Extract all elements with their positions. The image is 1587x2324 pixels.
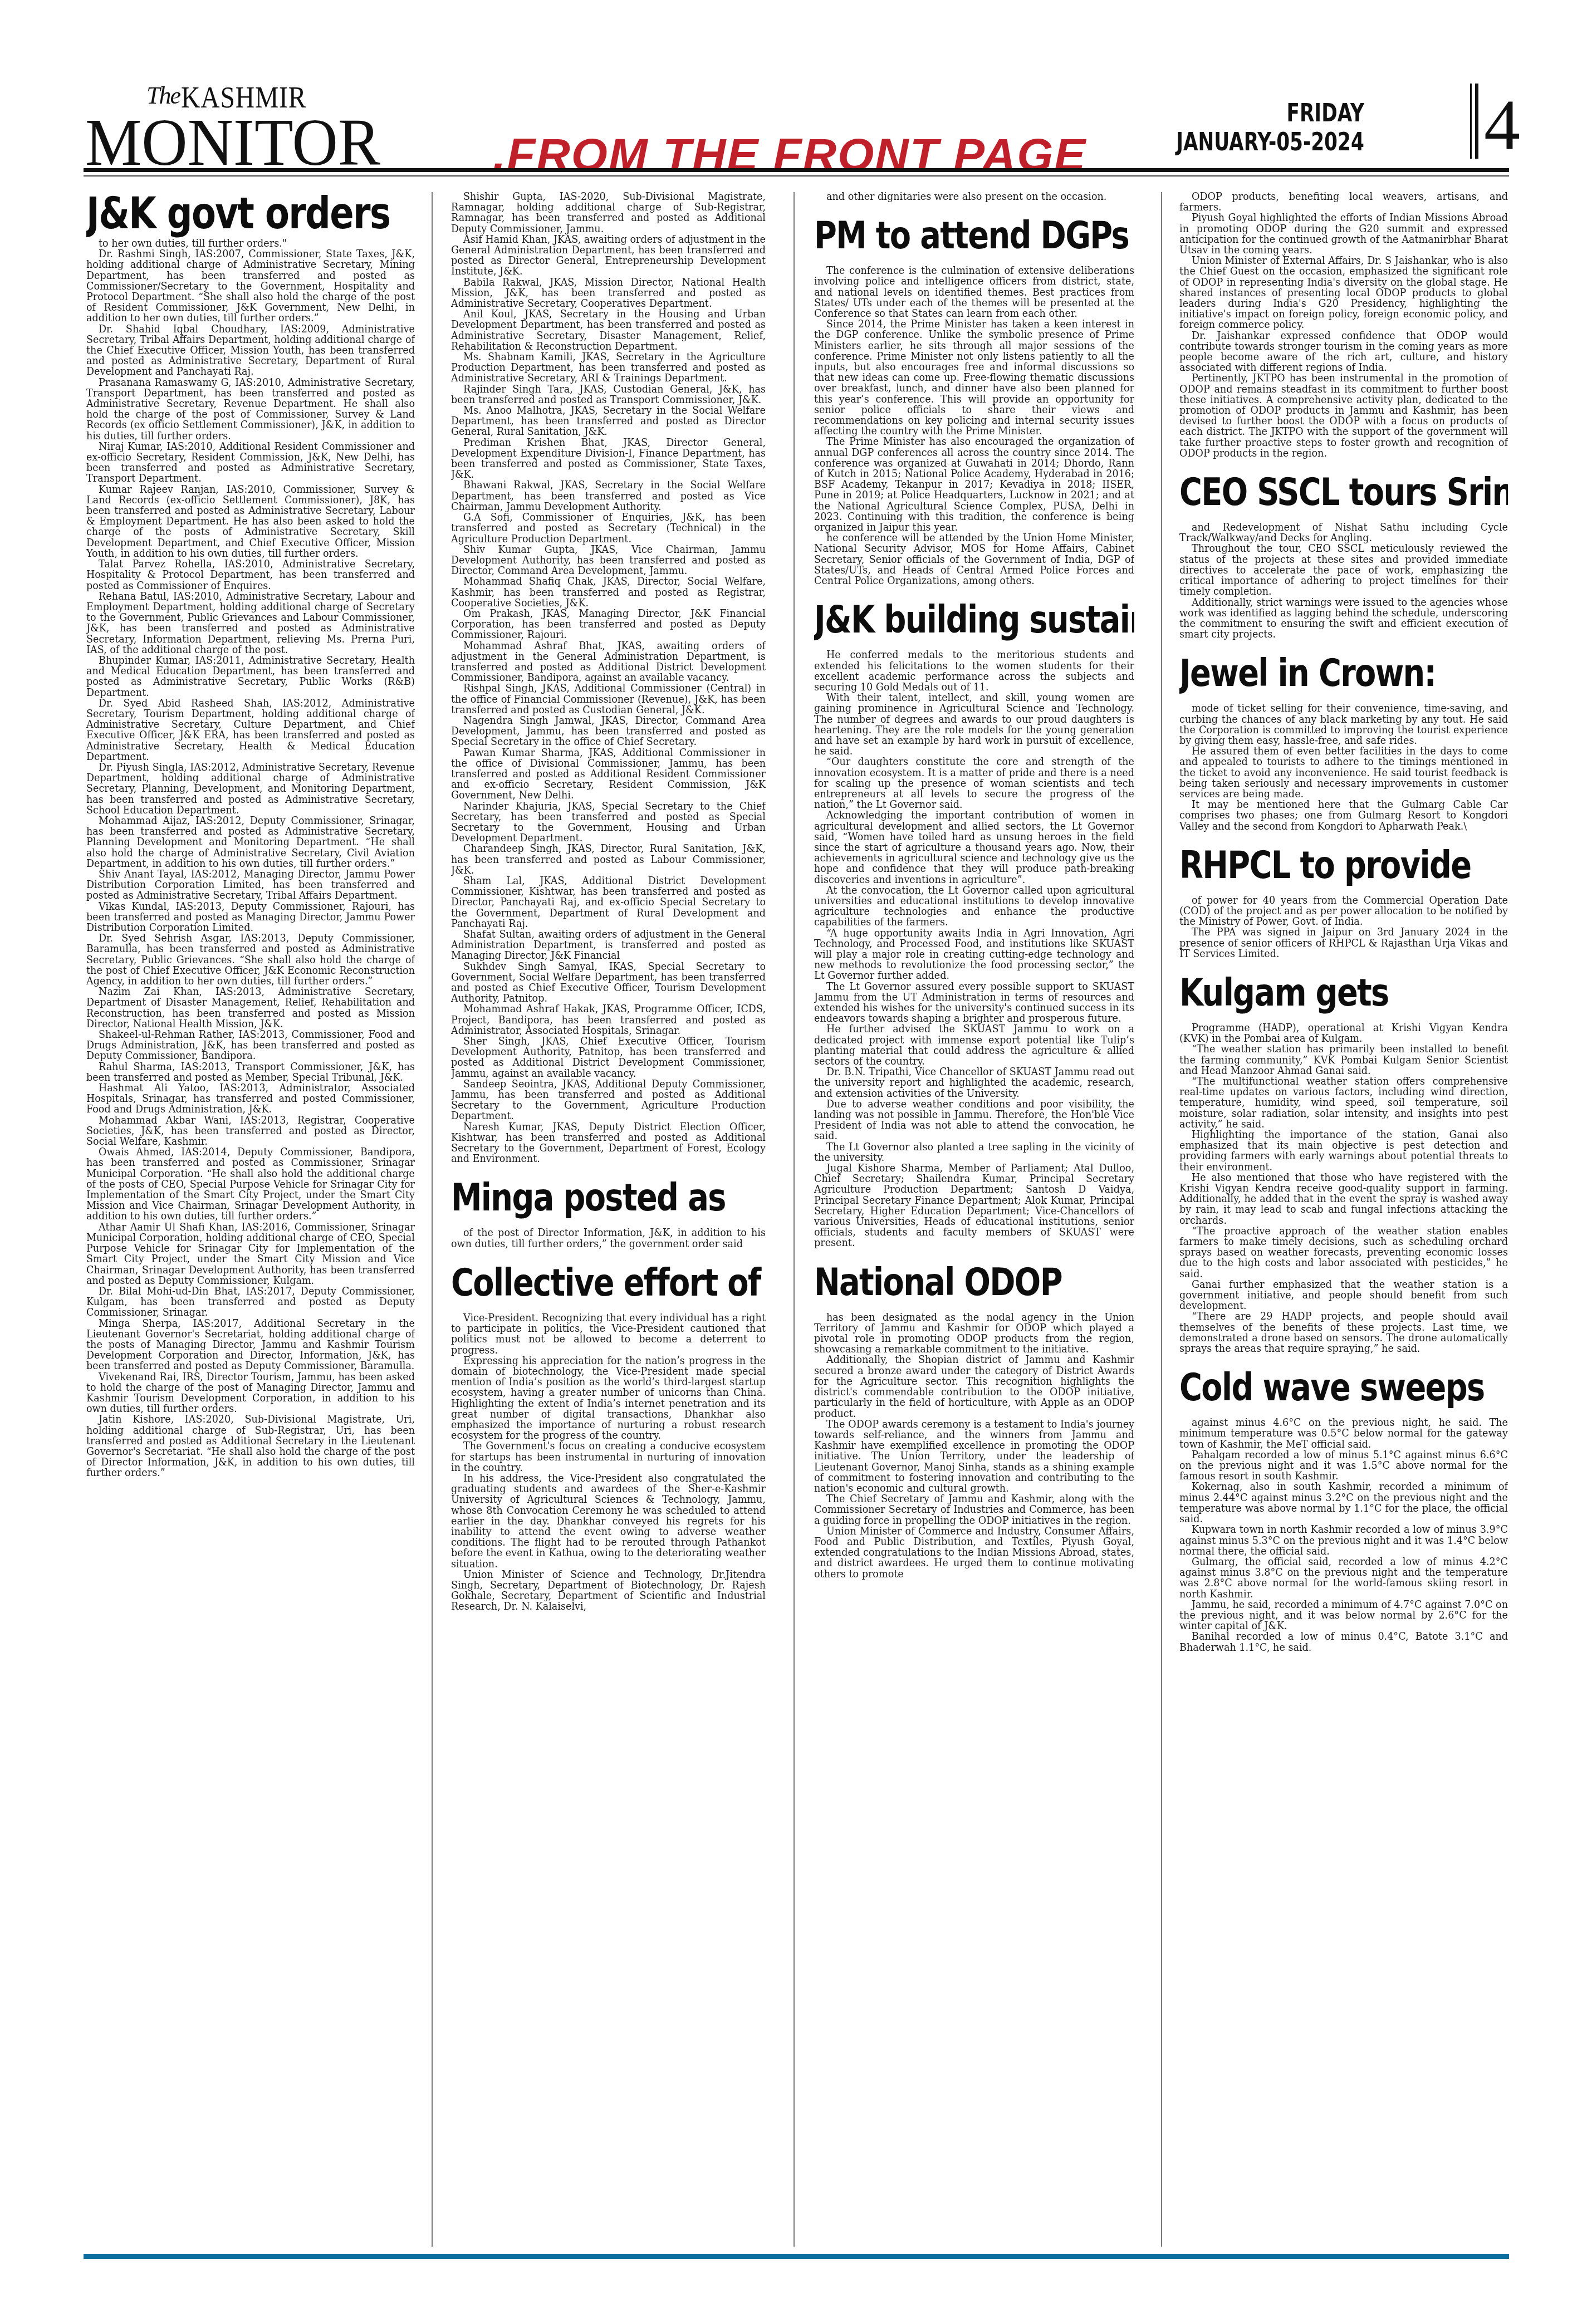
article-headline: J&K govt orders xyxy=(86,192,356,236)
article-paragraph: At the convocation, the Lt Governor call… xyxy=(814,886,1134,929)
article-headline: J&K building sustainable xyxy=(814,601,1077,639)
article-paragraph: Prediman Krishen Bhat, JKAS, Director Ge… xyxy=(451,438,766,481)
column-1: J&K govt ordersto her own duties, till f… xyxy=(86,192,415,2249)
article-paragraph: Vice-President. Recognizing that every i… xyxy=(451,1313,766,1356)
article-paragraph: against minus 4.6°C on the previous nigh… xyxy=(1179,1418,1508,1450)
article-paragraph: Ganai further emphasized that the weathe… xyxy=(1179,1280,1508,1312)
article-paragraph: Banihal recorded a low of minus 0.4°C, B… xyxy=(1179,1632,1508,1653)
article-paragraph: The PPA was signed in Jaipur on 3rd Janu… xyxy=(1179,928,1508,960)
article-paragraph: He conferred medals to the meritorious s… xyxy=(814,650,1134,693)
article-paragraph: Niraj Kumar, IAS:2010, Additional Reside… xyxy=(86,442,415,485)
column-3: and other dignitaries were also present … xyxy=(814,192,1134,2249)
article-paragraph: to her own duties, till further orders." xyxy=(86,239,415,249)
article-paragraph: Union Minister of Commerce and Industry,… xyxy=(814,1527,1134,1580)
article-headline: Jewel in Crown: xyxy=(1179,655,1449,693)
article-paragraph: Kokernag, also in south Kashmir, recorde… xyxy=(1179,1482,1508,1525)
article-paragraph: “Our daughters constitute the core and s… xyxy=(814,757,1134,811)
column-divider xyxy=(793,192,795,2247)
article-paragraph: Rehana Batul, IAS:2010, Administrative S… xyxy=(86,592,415,656)
article-paragraph: Talat Parvez Rohella, IAS:2010, Administ… xyxy=(86,560,415,592)
article-paragraph: Sham Lal, JKAS, Additional District Deve… xyxy=(451,876,766,930)
article-headline: Cold wave sweeps xyxy=(1179,1369,1449,1407)
article-headline: CEO SSCL tours Srinagar; xyxy=(1179,474,1449,512)
article-paragraph: Jatin Kishore, IAS:2020, Sub-Divisional … xyxy=(86,1415,415,1479)
article-paragraph: Vikas Kundal, IAS:2013, Deputy Commissio… xyxy=(86,902,415,934)
article-paragraph: Rahul Sharma, IAS:2013, Transport Commis… xyxy=(86,1062,415,1083)
article-paragraph: Bhawani Rakwal, JKAS, Secretary in the S… xyxy=(451,481,766,513)
article-paragraph: Dr. Shahid Iqbal Choudhary, IAS:2009, Ad… xyxy=(86,325,415,378)
article-paragraph: Anil Koul, JKAS, Secretary in the Housin… xyxy=(451,310,766,352)
article-paragraph: The Prime Minister has also encouraged t… xyxy=(814,437,1134,533)
article-paragraph: Shiv Anant Tayal, IAS:2012, Managing Dir… xyxy=(86,870,415,902)
article-paragraph: Sandeep Seointra, JKAS, Additional Deput… xyxy=(451,1080,766,1122)
article-paragraph: Mohammad Ashraf Hakak, JKAS, Programme O… xyxy=(451,1004,766,1037)
article-headline: Collective effort of xyxy=(451,1264,709,1302)
article-paragraph: Babila Rakwal, JKAS, Mission Director, N… xyxy=(451,278,766,310)
article-paragraph: Piyush Goyal highlighted the efforts of … xyxy=(1179,213,1508,256)
article-paragraph: Dr. Jaishankar expressed confidence that… xyxy=(1179,331,1508,374)
article-paragraph: and other dignitaries were also present … xyxy=(814,192,1134,203)
article-paragraph: Pertinently, JKTPO has been instrumental… xyxy=(1179,374,1508,459)
article-paragraph: mode of ticket selling for their conveni… xyxy=(1179,704,1508,747)
article-paragraph: Naresh Kumar, JKAS, Deputy District Elec… xyxy=(451,1122,766,1165)
article-paragraph: The Lt Governor assured every possible s… xyxy=(814,982,1134,1025)
article-paragraph: Additionally, strict warnings were issue… xyxy=(1179,598,1508,641)
article-paragraph: he conference will be attended by the Un… xyxy=(814,533,1134,587)
page-number: 4 xyxy=(1484,89,1520,161)
article-paragraph: He assured them of even better facilitie… xyxy=(1179,747,1508,800)
article-paragraph: Athar Aamir Ul Shafi Khan, IAS:2016, Com… xyxy=(86,1223,415,1287)
article-paragraph: G.A Sofi, Commissioner of Enquiries, J&K… xyxy=(451,513,766,545)
article-paragraph: Shishir Gupta, IAS-2020, Sub-Divisional … xyxy=(451,192,766,235)
article-headline: Minga posted as xyxy=(451,1179,709,1217)
article-paragraph: Gulmarg, the official said, recorded a l… xyxy=(1179,1557,1508,1600)
article-paragraph: Additionally, the Shopian district of Ja… xyxy=(814,1355,1134,1419)
article-paragraph: “The proactive approach of the weather s… xyxy=(1179,1227,1508,1280)
article-headline: RHPCL to provide xyxy=(1179,847,1449,885)
article-paragraph: Union Minister of External Affairs, Dr. … xyxy=(1179,256,1508,331)
article-paragraph: It may be mentioned here that the Gulmar… xyxy=(1179,800,1508,832)
article-paragraph: Narinder Khajuria, JKAS, Special Secreta… xyxy=(451,802,766,845)
article-paragraph: Pawan Kumar Sharma, JKAS, Additional Com… xyxy=(451,748,766,802)
article-paragraph: Acknowledging the important contribution… xyxy=(814,811,1134,885)
article-paragraph: Nagendra Singh Jamwal, JKAS, Director, C… xyxy=(451,716,766,748)
article-paragraph: ODOP products, benefiting local weavers,… xyxy=(1179,192,1508,213)
column-4: ODOP products, benefiting local weavers,… xyxy=(1179,192,1508,2249)
column-divider xyxy=(432,192,433,2247)
article-headline: National ODOP xyxy=(814,1264,1077,1302)
page-number-divider-thick xyxy=(1475,84,1478,159)
logo-the: The xyxy=(146,84,180,108)
article-paragraph: The Government's focus on creating a con… xyxy=(451,1442,766,1474)
article-paragraph: Due to adverse weather conditions and po… xyxy=(814,1100,1134,1143)
article-paragraph: Dr. Bilal Mohi-ud-Din Bhat, IAS:2017, De… xyxy=(86,1287,415,1319)
page-number-divider xyxy=(1470,84,1472,159)
article-paragraph: “A huge opportunity awaits India in Agri… xyxy=(814,929,1134,982)
article-paragraph: Mohammad Aijaz, IAS:2012, Deputy Commiss… xyxy=(86,816,415,870)
logo-monitor: MONITOR xyxy=(85,109,380,176)
article-paragraph: In his address, the Vice-President also … xyxy=(451,1474,766,1570)
article-paragraph: Since 2014, the Prime Minister has taken… xyxy=(814,320,1134,437)
article-paragraph: Kupwara town in north Kashmir recorded a… xyxy=(1179,1525,1508,1557)
article-paragraph: Om Prakash, JKAS, Managing Director, J&K… xyxy=(451,609,766,641)
article-paragraph: The Chief Secretary of Jammu and Kashmir… xyxy=(814,1494,1134,1527)
date-day: FRIDAY xyxy=(1176,99,1364,128)
article-paragraph: Mohammad Akbar Wani, IAS:2013, Registrar… xyxy=(86,1116,415,1148)
column-2: Shishir Gupta, IAS-2020, Sub-Divisional … xyxy=(451,192,766,2249)
article-paragraph: Highlighting the importance of the stati… xyxy=(1179,1130,1508,1173)
article-paragraph: Shakeel-ul-Rehman Rather, IAS:2013, Comm… xyxy=(86,1030,415,1062)
article-paragraph: Pahalgam recorded a low of minus 5.1°C a… xyxy=(1179,1450,1508,1483)
article-paragraph: Charandeep Singh, JKAS, Director, Rural … xyxy=(451,844,766,876)
article-paragraph: Dr. Rashmi Singh, IAS:2007, Commissioner… xyxy=(86,249,415,324)
article-paragraph: The Lt Governor also planted a tree sapl… xyxy=(814,1143,1134,1164)
article-paragraph: Union Minister of Science and Technology… xyxy=(451,1570,766,1613)
article-headline: Kulgam gets xyxy=(1179,974,1449,1012)
article-paragraph: Jammu, he said, recorded a minimum of 4.… xyxy=(1179,1600,1508,1632)
article-paragraph: Dr. B.N. Tripathi, Vice Chancellor of SK… xyxy=(814,1067,1134,1100)
article-paragraph: Sukhdev Singh Samyal, IKAS, Special Secr… xyxy=(451,962,766,1005)
article-paragraph: Hashmat Ali Yatoo, IAS:2013, Administrat… xyxy=(86,1083,415,1116)
column-divider xyxy=(1161,192,1162,2247)
date-full: JANUARY-05-2024 xyxy=(1176,128,1364,157)
article-paragraph: “The weather station has primarily been … xyxy=(1179,1045,1508,1077)
article-paragraph: Dr. Syed Sehrish Asgar, IAS:2013, Deputy… xyxy=(86,934,415,987)
article-paragraph: Kumar Rajeev Ranjan, IAS:2010, Commissio… xyxy=(86,485,415,560)
article-paragraph: He also mentioned that those who have re… xyxy=(1179,1173,1508,1227)
article-paragraph: of power for 40 years from the Commercia… xyxy=(1179,896,1508,928)
footer-bar xyxy=(84,2254,1509,2259)
article-paragraph: has been designated as the nodal agency … xyxy=(814,1313,1134,1356)
article-paragraph: Expressing his appreciation for the nati… xyxy=(451,1356,766,1442)
article-paragraph: Jugal Kishore Sharma, Member of Parliame… xyxy=(814,1164,1134,1249)
article-paragraph: Ms. Shabnam Kamili, JKAS, Secretary in t… xyxy=(451,352,766,385)
article-paragraph: Dr. Piyush Singla, IAS:2012, Administrat… xyxy=(86,763,415,816)
article-paragraph: Rajinder Singh Tara, JKAS, Custodian Gen… xyxy=(451,385,766,406)
article-paragraph: of the post of Director Information, J&K… xyxy=(451,1228,766,1249)
article-paragraph: Prasanana Ramaswamy G, IAS:2010, Adminis… xyxy=(86,378,415,442)
article-paragraph: Vivekenand Rai, IRS, Director Tourism, J… xyxy=(86,1372,415,1415)
article-paragraph: Shafat Sultan, awaiting orders of adjust… xyxy=(451,930,766,962)
article-paragraph: Shiv Kumar Gupta, JKAS, Vice Chairman, J… xyxy=(451,545,766,577)
date-block: FRIDAY JANUARY-05-2024 xyxy=(1176,99,1364,157)
article-paragraph: Programme (HADP), operational at Krishi … xyxy=(1179,1023,1508,1045)
article-paragraph: Throughout the tour, CEO SSCL meticulous… xyxy=(1179,544,1508,597)
article-paragraph: Nazim Zai Khan, IAS:2013, Administrative… xyxy=(86,987,415,1030)
article-paragraph: He further advised the SKUAST Jammu to w… xyxy=(814,1024,1134,1067)
masthead-rule-thin xyxy=(84,175,1509,176)
masthead-rule-thick xyxy=(84,168,1509,172)
article-paragraph: Mohammad Ashraf Bhat, JKAS, awaiting ord… xyxy=(451,641,766,684)
article-paragraph: The conference is the culmination of ext… xyxy=(814,266,1134,320)
article-paragraph: Bhupinder Kumar, IAS:2011, Administrativ… xyxy=(86,656,415,699)
article-paragraph: Dr. Syed Abid Rasheed Shah, IAS:2012, Ad… xyxy=(86,699,415,763)
article-paragraph: Sher Singh, JKAS, Chief Executive Office… xyxy=(451,1037,766,1080)
article-paragraph: Owais Ahmed, IAS:2014, Deputy Commission… xyxy=(86,1148,415,1222)
article-paragraph: Rishpal Singh, JKAS, Additional Commissi… xyxy=(451,684,766,716)
article-paragraph: With their talent, intellect, and skill,… xyxy=(814,693,1134,757)
article-headline: PM to attend DGPs xyxy=(814,217,1077,255)
article-paragraph: “The multifunctional weather station off… xyxy=(1179,1077,1508,1130)
article-paragraph: “There are 29 HADP projects, and people … xyxy=(1179,1312,1508,1355)
article-paragraph: The ODOP awards ceremony is a testament … xyxy=(814,1420,1134,1494)
article-paragraph: and Redevelopment of Nishat Sathu includ… xyxy=(1179,523,1508,544)
article-paragraph: Minga Sherpa, IAS:2017, Additional Secre… xyxy=(86,1319,415,1372)
article-paragraph: Mohammad Shafiq Chak, JKAS, Director, So… xyxy=(451,577,766,609)
article-paragraph: Asif Hamid Khan, JKAS, awaiting orders o… xyxy=(451,235,766,278)
article-paragraph: Ms. Anoo Malhotra, JKAS, Secretary in th… xyxy=(451,406,766,438)
